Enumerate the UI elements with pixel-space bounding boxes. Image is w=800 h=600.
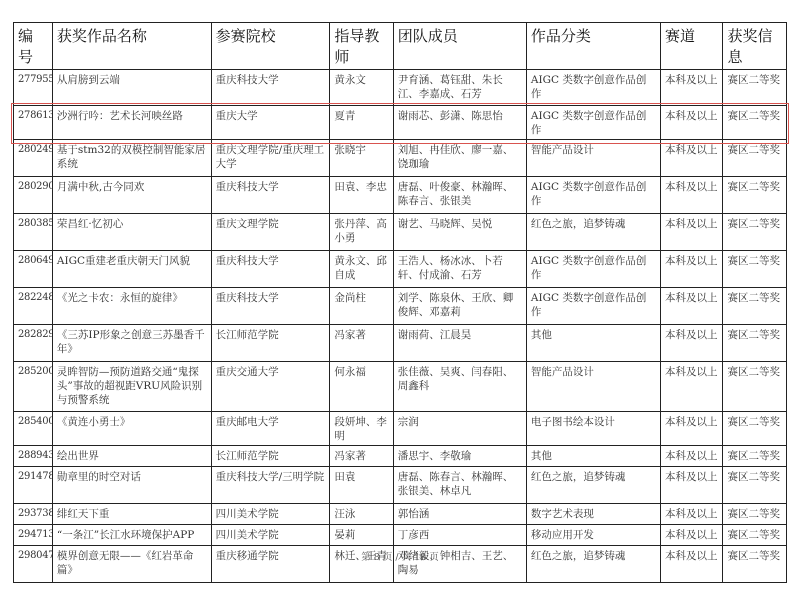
cell-school: 长江师范学院 xyxy=(211,325,330,362)
cell-id: 291478 xyxy=(14,467,53,504)
cell-category: 红色之旅，追梦铸魂 xyxy=(526,467,660,504)
header-track: 赛道 xyxy=(661,23,723,70)
cell-id: 280290 xyxy=(14,177,53,214)
cell-award: 赛区二等奖 xyxy=(723,362,787,412)
cell-school: 重庆交通大学 xyxy=(211,362,330,412)
cell-members: 谢雨芯、彭潇、陈思怡 xyxy=(393,106,526,140)
cell-work-name: AIGC重建老重庆朝天门风貌 xyxy=(52,251,211,288)
cell-work-name: 《三苏IP形象之创意三苏墨香千年》 xyxy=(52,325,211,362)
cell-school: 重庆文理学院/重庆理工大学 xyxy=(211,140,330,177)
cell-work-name: 灵眸智防—预防道路交通“鬼探头”事故的超视距VRU风险识别与预警系统 xyxy=(52,362,211,412)
cell-id: 277955 xyxy=(14,70,53,106)
cell-category: 红色之旅，追梦铸魂 xyxy=(526,214,660,251)
cell-school: 四川美术学院 xyxy=(211,525,330,546)
cell-members: 唐磊、叶俊豪、林瀚晖、陈春言、张银美 xyxy=(393,177,526,214)
header-teacher: 指导教师 xyxy=(330,23,393,70)
cell-members: 尹育涵、葛钰甜、朱长江、李嘉成、石芳 xyxy=(393,70,526,106)
cell-track: 本科及以上 xyxy=(661,177,723,214)
awards-table: 编号 获奖作品名称 参赛院校 指导教师 团队成员 作品分类 赛道 获奖信息 27… xyxy=(13,22,787,583)
header-category: 作品分类 xyxy=(526,23,660,70)
cell-track: 本科及以上 xyxy=(661,251,723,288)
cell-category: 电子图书绘本设计 xyxy=(526,412,660,446)
table-row: 291478勋章里的时空对话重庆科技大学/三明学院田袁唐磊、陈春言、林瀚晖、张银… xyxy=(14,467,787,504)
cell-category: AIGC 类数字创意作品创作 xyxy=(526,70,660,106)
cell-school: 重庆科技大学 xyxy=(211,288,330,325)
cell-id: 282829 xyxy=(14,325,53,362)
table-row: 278613沙洲行吟：艺术长河映丝路重庆大学夏青谢雨芯、彭潇、陈思怡AIGC 类… xyxy=(14,106,787,140)
cell-school: 重庆邮电大学 xyxy=(211,412,330,446)
header-award: 获奖信息 xyxy=(723,23,787,70)
cell-work-name: 《光之卡农：永恒的旋律》 xyxy=(52,288,211,325)
header-id: 编号 xyxy=(14,23,53,70)
cell-school: 重庆科技大学 xyxy=(211,177,330,214)
cell-track: 本科及以上 xyxy=(661,106,723,140)
cell-id: 280649 xyxy=(14,251,53,288)
cell-id: 280385 xyxy=(14,214,53,251)
cell-teacher: 冯家著 xyxy=(330,446,393,467)
cell-members: 刘旭、冉佳欣、廖一嘉、饶珈瑜 xyxy=(393,140,526,177)
cell-track: 本科及以上 xyxy=(661,412,723,446)
cell-members: 宗润 xyxy=(393,412,526,446)
cell-category: 智能产品设计 xyxy=(526,140,660,177)
cell-category: AIGC 类数字创意作品创作 xyxy=(526,106,660,140)
cell-teacher: 夏青 xyxy=(330,106,393,140)
page-footer: 第 8 页 / 共 18 页 xyxy=(0,549,800,563)
cell-members: 张佳薇、吴爽、闫春阳、周鑫科 xyxy=(393,362,526,412)
cell-members: 谢雨荷、江晨昊 xyxy=(393,325,526,362)
cell-id: 288943 xyxy=(14,446,53,467)
cell-track: 本科及以上 xyxy=(661,288,723,325)
cell-award: 赛区二等奖 xyxy=(723,325,787,362)
cell-track: 本科及以上 xyxy=(661,70,723,106)
cell-work-name: 《黄连小勇士》 xyxy=(52,412,211,446)
cell-teacher: 黄永文、邱自成 xyxy=(330,251,393,288)
cell-work-name: “一条江”长江水环境保护APP xyxy=(52,525,211,546)
cell-award: 赛区二等奖 xyxy=(723,288,787,325)
table-row-highlighted: 280249基于stm32的双模控制智能家居系统重庆文理学院/重庆理工大学张晓宇… xyxy=(14,140,787,177)
cell-track: 本科及以上 xyxy=(661,446,723,467)
cell-teacher: 张晓宇 xyxy=(330,140,393,177)
table-row: 282829《三苏IP形象之创意三苏墨香千年》长江师范学院冯家著谢雨荷、江晨昊其… xyxy=(14,325,787,362)
table-row: 285200灵眸智防—预防道路交通“鬼探头”事故的超视距VRU风险识别与预警系统… xyxy=(14,362,787,412)
cell-category: AIGC 类数字创意作品创作 xyxy=(526,251,660,288)
cell-id: 294713 xyxy=(14,525,53,546)
cell-work-name: 月满中秋,古今同欢 xyxy=(52,177,211,214)
cell-teacher: 晏莉 xyxy=(330,525,393,546)
table-header-row: 编号 获奖作品名称 参赛院校 指导教师 团队成员 作品分类 赛道 获奖信息 xyxy=(14,23,787,70)
cell-teacher: 冯家著 xyxy=(330,325,393,362)
cell-award: 赛区二等奖 xyxy=(723,140,787,177)
cell-category: AIGC 类数字创意作品创作 xyxy=(526,177,660,214)
cell-members: 丁彦西 xyxy=(393,525,526,546)
cell-school: 长江师范学院 xyxy=(211,446,330,467)
cell-members: 谢艺、马晓辉、吴悦 xyxy=(393,214,526,251)
cell-teacher: 田袁、李忠 xyxy=(330,177,393,214)
cell-school: 重庆科技大学 xyxy=(211,70,330,106)
cell-track: 本科及以上 xyxy=(661,525,723,546)
cell-award: 赛区二等奖 xyxy=(723,525,787,546)
cell-teacher: 黄永文 xyxy=(330,70,393,106)
cell-category: 数字艺术表现 xyxy=(526,504,660,525)
cell-teacher: 田袁 xyxy=(330,467,393,504)
table-row: 288943绘出世界长江师范学院冯家著潘思宇、李敬瑜其他本科及以上赛区二等奖 xyxy=(14,446,787,467)
cell-category: AIGC 类数字创意作品创作 xyxy=(526,288,660,325)
cell-school: 重庆文理学院 xyxy=(211,214,330,251)
cell-id: 293738 xyxy=(14,504,53,525)
cell-track: 本科及以上 xyxy=(661,467,723,504)
cell-award: 赛区二等奖 xyxy=(723,446,787,467)
cell-teacher: 张丹萍、高小勇 xyxy=(330,214,393,251)
cell-teacher: 金尚柱 xyxy=(330,288,393,325)
cell-award: 赛区二等奖 xyxy=(723,251,787,288)
cell-work-name: 绯红天下重 xyxy=(52,504,211,525)
header-work-name: 获奖作品名称 xyxy=(52,23,211,70)
cell-members: 刘学、陈泉休、王欣、卿俊辉、邓嘉莉 xyxy=(393,288,526,325)
cell-members: 郭怡涵 xyxy=(393,504,526,525)
cell-award: 赛区二等奖 xyxy=(723,467,787,504)
cell-track: 本科及以上 xyxy=(661,362,723,412)
cell-work-name: 勋章里的时空对话 xyxy=(52,467,211,504)
cell-members: 潘思宇、李敬瑜 xyxy=(393,446,526,467)
table-row: 277955从肩膀到云端重庆科技大学黄永文尹育涵、葛钰甜、朱长江、李嘉成、石芳A… xyxy=(14,70,787,106)
cell-category: 移动应用开发 xyxy=(526,525,660,546)
cell-work-name: 基于stm32的双模控制智能家居系统 xyxy=(52,140,211,177)
cell-category: 其他 xyxy=(526,325,660,362)
table-row: 282248《光之卡农：永恒的旋律》重庆科技大学金尚柱刘学、陈泉休、王欣、卿俊辉… xyxy=(14,288,787,325)
table-row: 294713“一条江”长江水环境保护APP四川美术学院晏莉丁彦西移动应用开发本科… xyxy=(14,525,787,546)
cell-track: 本科及以上 xyxy=(661,214,723,251)
cell-members: 唐磊、陈春言、林瀚晖、张银美、林卓凡 xyxy=(393,467,526,504)
cell-track: 本科及以上 xyxy=(661,504,723,525)
table-row: 280649AIGC重建老重庆朝天门风貌重庆科技大学黄永文、邱自成王浩人、杨冰冰… xyxy=(14,251,787,288)
cell-id: 280249 xyxy=(14,140,53,177)
cell-track: 本科及以上 xyxy=(661,325,723,362)
cell-school: 重庆大学 xyxy=(211,106,330,140)
cell-school: 重庆科技大学 xyxy=(211,251,330,288)
cell-award: 赛区二等奖 xyxy=(723,106,787,140)
table-row: 280385荣昌红·忆初心重庆文理学院张丹萍、高小勇谢艺、马晓辉、吴悦红色之旅，… xyxy=(14,214,787,251)
cell-id: 285200 xyxy=(14,362,53,412)
cell-school: 重庆科技大学/三明学院 xyxy=(211,467,330,504)
cell-work-name: 沙洲行吟：艺术长河映丝路 xyxy=(52,106,211,140)
cell-track: 本科及以上 xyxy=(661,140,723,177)
cell-id: 282248 xyxy=(14,288,53,325)
cell-teacher: 汪泳 xyxy=(330,504,393,525)
table-row: 293738绯红天下重四川美术学院汪泳郭怡涵数字艺术表现本科及以上赛区二等奖 xyxy=(14,504,787,525)
cell-award: 赛区二等奖 xyxy=(723,214,787,251)
cell-school: 四川美术学院 xyxy=(211,504,330,525)
cell-id: 285400 xyxy=(14,412,53,446)
cell-members: 王浩人、杨冰冰、卜若轩、付成渝、石芳 xyxy=(393,251,526,288)
cell-category: 其他 xyxy=(526,446,660,467)
cell-award: 赛区二等奖 xyxy=(723,412,787,446)
cell-id: 278613 xyxy=(14,106,53,140)
document-page: 编号 获奖作品名称 参赛院校 指导教师 团队成员 作品分类 赛道 获奖信息 27… xyxy=(0,0,800,600)
cell-teacher: 何永福 xyxy=(330,362,393,412)
cell-work-name: 绘出世界 xyxy=(52,446,211,467)
cell-award: 赛区二等奖 xyxy=(723,504,787,525)
cell-teacher: 段妍坤、李明 xyxy=(330,412,393,446)
cell-award: 赛区二等奖 xyxy=(723,177,787,214)
header-school: 参赛院校 xyxy=(211,23,330,70)
cell-work-name: 从肩膀到云端 xyxy=(52,70,211,106)
cell-award: 赛区二等奖 xyxy=(723,70,787,106)
header-members: 团队成员 xyxy=(393,23,526,70)
cell-work-name: 荣昌红·忆初心 xyxy=(52,214,211,251)
cell-category: 智能产品设计 xyxy=(526,362,660,412)
table-row: 280290月满中秋,古今同欢重庆科技大学田袁、李忠唐磊、叶俊豪、林瀚晖、陈春言… xyxy=(14,177,787,214)
table-row: 285400《黄连小勇士》重庆邮电大学段妍坤、李明宗润电子图书绘本设计本科及以上… xyxy=(14,412,787,446)
